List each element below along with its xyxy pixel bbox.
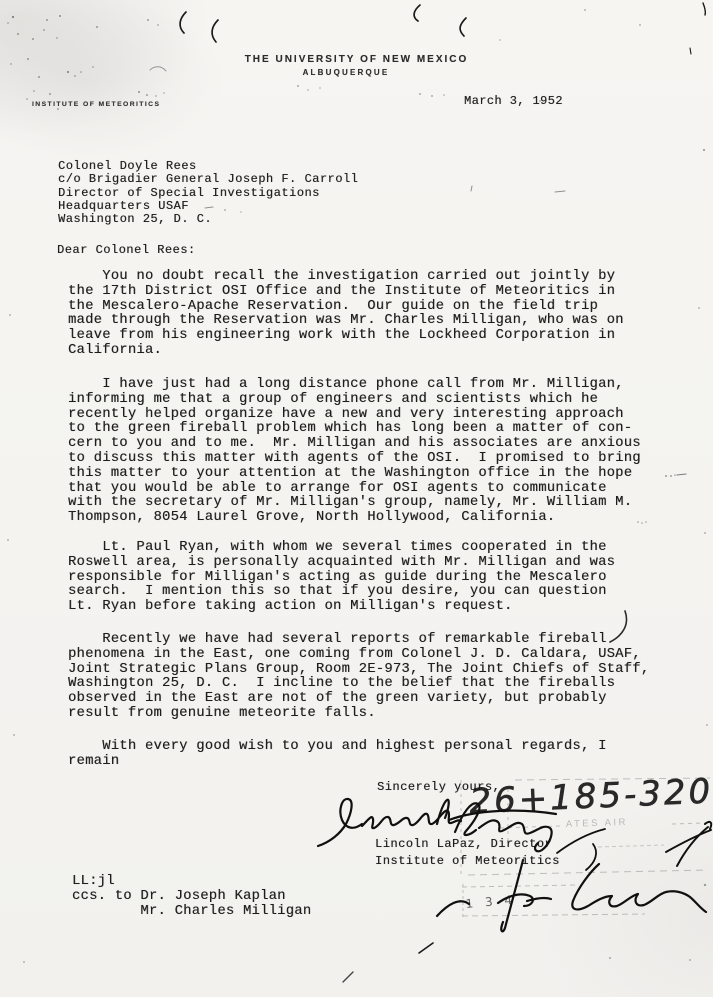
signoff: Sincerely yours,: [377, 780, 500, 794]
letterhead-university: THE UNIVERSITY OF NEW MEXICO: [0, 54, 713, 65]
recipient-address: Colonel Doyle Rees c/o Brigadier General…: [58, 160, 358, 226]
letterhead-department: INSTITUTE OF METEORITICS: [32, 101, 160, 108]
pen-scrawl-bottom: [437, 860, 706, 931]
reference-and-cc-block: LL:jl ccs. to Dr. Joseph Kaplan Mr. Char…: [72, 875, 311, 919]
letterhead-city: ALBUQUERQUE: [0, 68, 692, 77]
stamp-text-fragment: ATES AIR: [566, 817, 628, 830]
pen-flourish-right: [557, 822, 711, 870]
body-paragraph-4: Recently we have had several reports of …: [68, 633, 649, 722]
pen-marks-bottom: [343, 943, 433, 982]
scanned-letter-page: THE UNIVERSITY OF NEW MEXICO ALBUQUERQUE…: [0, 0, 713, 997]
body-paragraph-3: Lt. Paul Ryan, with whom we several time…: [68, 541, 615, 615]
body-paragraph-1: You no doubt recall the investigation ca…: [68, 270, 624, 359]
body-paragraph-2: I have just had a long distance phone ca…: [68, 378, 641, 526]
salutation: Dear Colonel Rees:: [57, 244, 196, 257]
body-paragraph-5: With every good wish to you and highest …: [68, 740, 607, 770]
stamp-digits: 1 3 4: [465, 893, 517, 911]
letter-date: March 3, 1952: [464, 94, 563, 108]
pen-marks-top: [180, 3, 705, 54]
